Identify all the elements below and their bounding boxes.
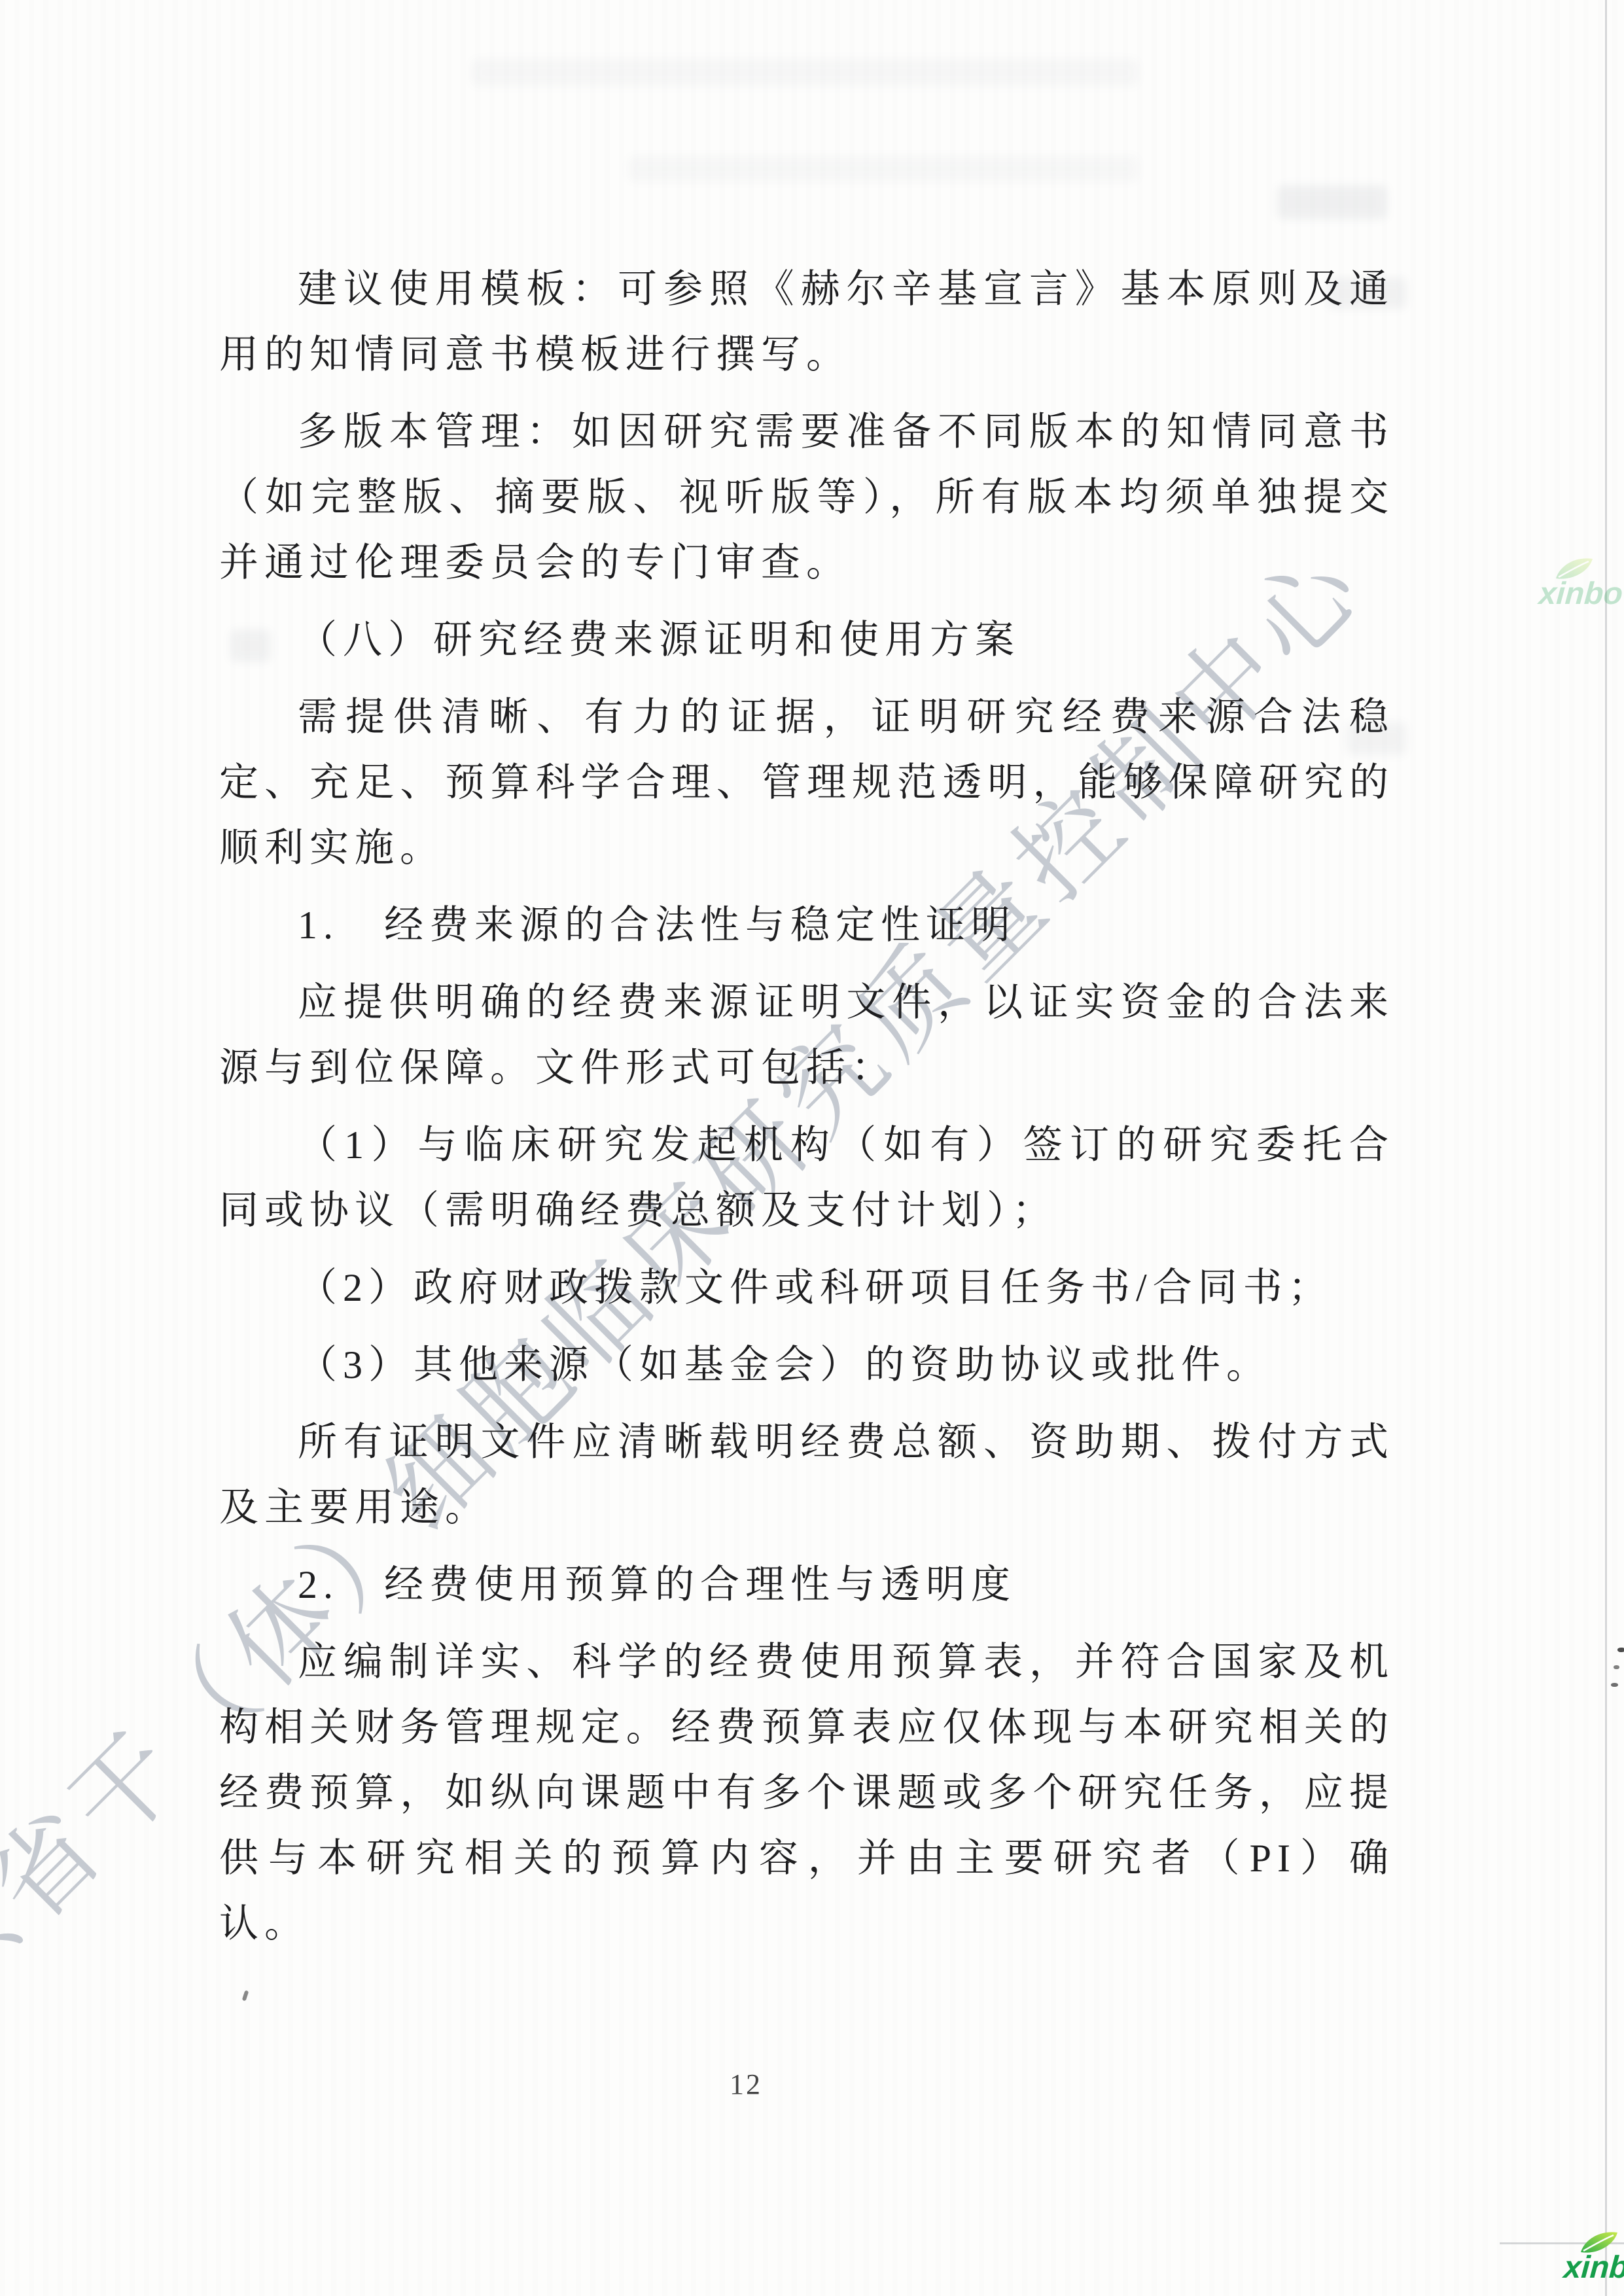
scan-speck xyxy=(1617,1648,1624,1652)
scan-edge-vertical-line xyxy=(1605,0,1607,2296)
xinbo-logo-bottom: xinbo xyxy=(1564,2229,1624,2287)
page-number: 12 xyxy=(219,2068,1273,2101)
item-heading-1: 1. 经费来源的合法性与稳定性证明 xyxy=(219,892,1394,958)
bleedthrough-smudge xyxy=(1277,185,1387,219)
paragraph-template-advice: 建议使用模板：可参照《赫尔辛基宣言》基本原则及通用的知情同意书模板进行撰写。 xyxy=(219,256,1394,387)
bleedthrough-smudge xyxy=(628,156,1139,182)
paragraph-evidence-intro: 需提供清晰、有力的证据，证明研究经费来源合法稳定、充足、预算科学合理、管理规范透… xyxy=(219,684,1394,881)
paragraph-multi-version: 多版本管理：如因研究需要准备不同版本的知情同意书（如完整版、摘要版、视听版等），… xyxy=(219,399,1394,595)
scanned-document-page: 广东省干（体）细胞临床研究质量控制中心 建议使用模板：可参照《赫尔辛基宣言》基本… xyxy=(0,0,1624,2296)
scan-speck xyxy=(1614,1665,1619,1669)
paragraph-funding-proof: 应提供明确的经费来源证明文件，以证实资金的合法来源与到位保障。文件形式可包括： xyxy=(219,970,1394,1101)
list-item-3: （3）其他来源（如基金会）的资助协议或批件。 xyxy=(219,1332,1394,1398)
xinbo-wordmark: xinbo xyxy=(1562,2252,1624,2284)
scan-speck xyxy=(242,1990,249,2001)
paragraph-budget-requirements: 应编制详实、科学的经费使用预算表，并符合国家及机构相关财务管理规定。经费预算表应… xyxy=(219,1629,1394,1956)
xinbo-logo-top: xinbo xyxy=(1539,555,1624,614)
item-heading-2: 2. 经费使用预算的合理性与透明度 xyxy=(219,1552,1394,1617)
document-body: 建议使用模板：可参照《赫尔辛基宣言》基本原则及通用的知情同意书模板进行撰写。 多… xyxy=(219,256,1394,1968)
list-item-2: （2）政府财政拨款文件或科研项目任务书/合同书； xyxy=(219,1255,1394,1320)
paragraph-proof-requirements: 所有证明文件应清晰载明经费总额、资助期、拨付方式及主要用途。 xyxy=(219,1409,1394,1540)
section-heading-8: （八）研究经费来源证明和使用方案 xyxy=(219,607,1394,673)
scan-speck xyxy=(1611,1683,1618,1687)
list-item-1: （1）与临床研究发起机构（如有）签订的研究委托合同或协议（需明确经费总额及支付计… xyxy=(219,1112,1394,1243)
bleedthrough-smudge xyxy=(471,59,1139,86)
xinbo-wordmark: xinbo xyxy=(1538,578,1623,610)
